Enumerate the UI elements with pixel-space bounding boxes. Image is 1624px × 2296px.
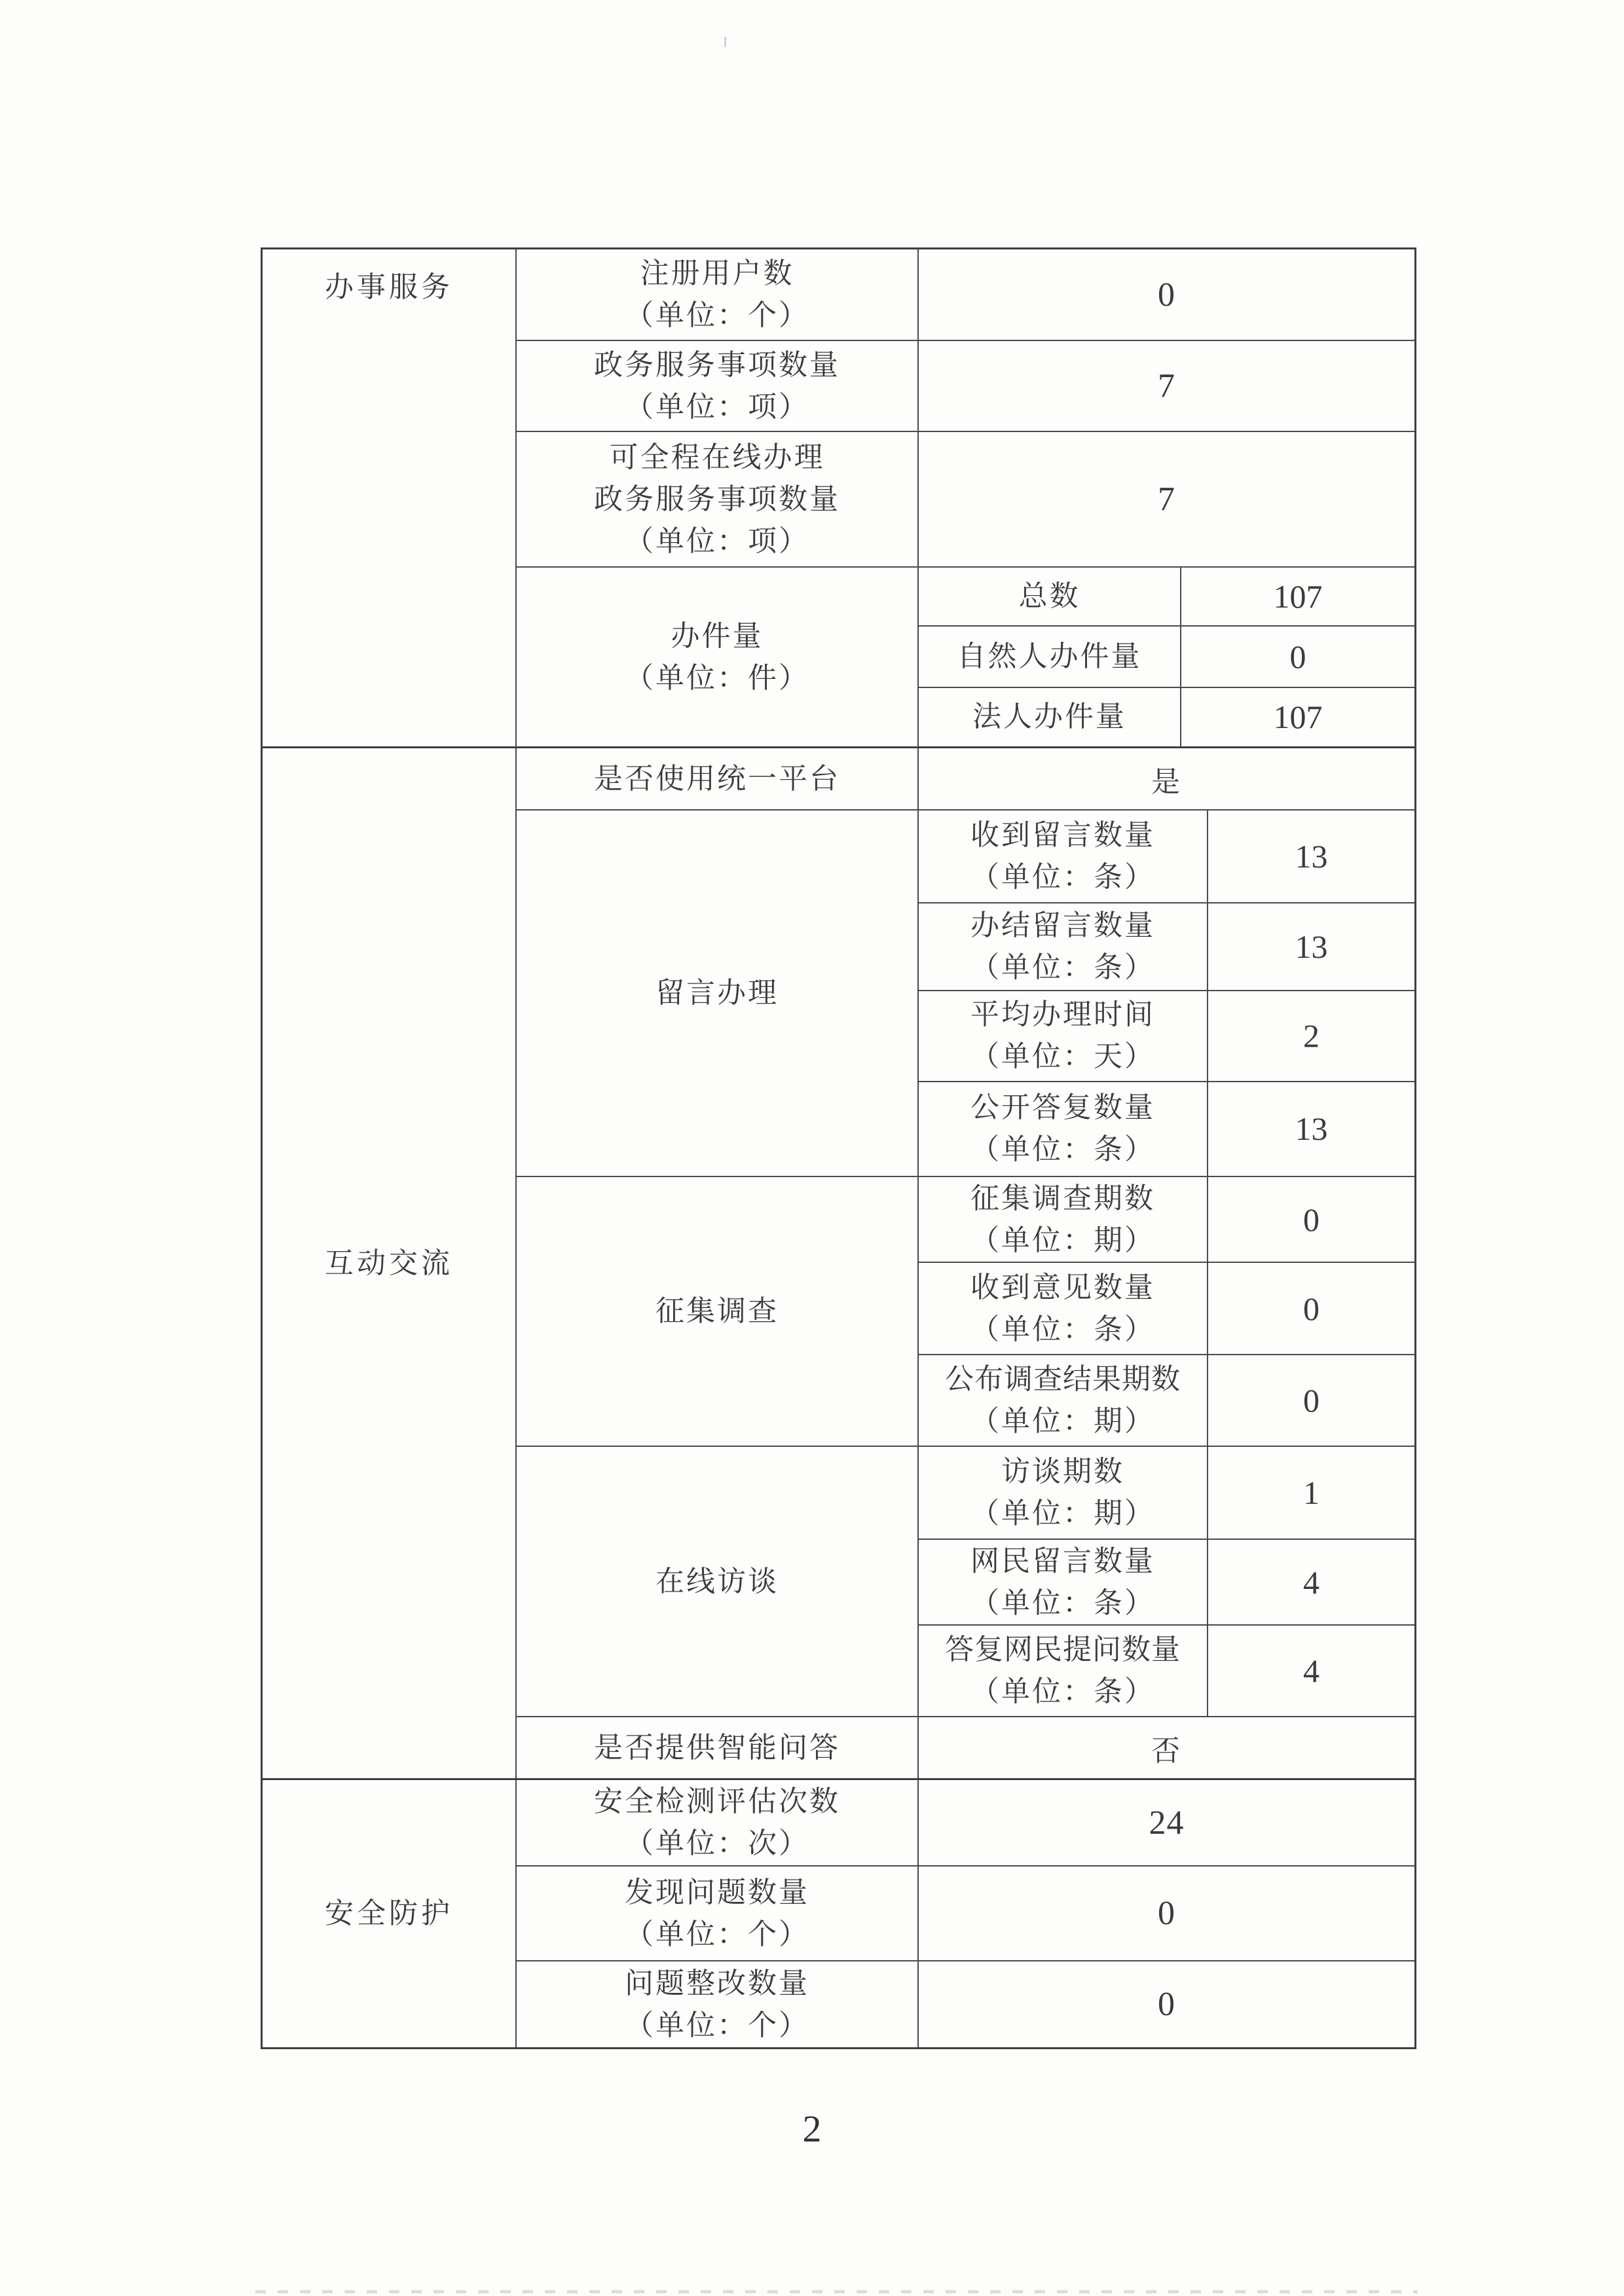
- metric-unit: （单位：项）: [625, 520, 809, 562]
- value-cell: 24: [919, 1780, 1414, 1865]
- sub-metric-name: 访谈期数: [1001, 1451, 1124, 1493]
- metric-label-cell: 注册用户数 （单位：个）: [517, 249, 919, 340]
- sub-metric-name: 公开答复数量: [970, 1087, 1155, 1129]
- value-cell: 4: [1208, 1626, 1414, 1716]
- sub-metric-name: 总数: [1019, 575, 1080, 617]
- sub-metric-name: 办结留言数量: [970, 905, 1155, 947]
- value-cell: 0: [1181, 627, 1414, 686]
- sub-row: 访谈期数 （单位：期） 1: [919, 1447, 1414, 1539]
- value-cell: 7: [919, 341, 1414, 431]
- table-row-group: 办件量 （单位：件） 总数 107 自然人办件量: [517, 566, 1414, 746]
- metric-unit: （单位：件）: [625, 657, 809, 699]
- sub-row: 公布调查结果期数 （单位：期） 0: [919, 1354, 1414, 1446]
- sub-label-cell: 答复网民提问数量 （单位：条）: [919, 1626, 1208, 1716]
- sub-row: 征集调查期数 （单位：期） 0: [919, 1177, 1414, 1262]
- sub-rows: 征集调查期数 （单位：期） 0 收到意见数量 （单位：条） 0: [919, 1177, 1414, 1446]
- table-row: 安全检测评估次数 （单位：次） 24: [517, 1780, 1414, 1865]
- sub-metric-unit: （单位：条）: [970, 1129, 1155, 1171]
- section-security: 安全防护 安全检测评估次数 （单位：次） 24 发现问题数量 （单位：个） 0: [263, 1778, 1414, 2047]
- table-row: 问题整改数量 （单位：个） 0: [517, 1960, 1414, 2047]
- metric-label-cell: 留言办理: [517, 811, 919, 1176]
- report-table: 办事服务 注册用户数 （单位：个） 0 政务服务事项数量 （单位：项） 7: [261, 247, 1416, 2049]
- value-cell: 0: [919, 249, 1414, 340]
- sub-metric-name: 法人办件量: [972, 696, 1126, 738]
- sub-metric-unit: （单位：条）: [970, 1309, 1155, 1351]
- sub-rows: 访谈期数 （单位：期） 1 网民留言数量 （单位：条） 4: [919, 1447, 1414, 1716]
- sub-metric-unit: （单位：条）: [970, 1671, 1155, 1713]
- sub-metric-name: 网民留言数量: [970, 1540, 1155, 1582]
- sub-row: 法人办件量 107: [919, 687, 1414, 746]
- value-cell: 13: [1208, 811, 1414, 902]
- sub-rows: 收到留言数量 （单位：条） 13 办结留言数量 （单位：条） 13: [919, 811, 1414, 1176]
- metric-label-cell: 征集调查: [517, 1177, 919, 1446]
- value-cell: 0: [1208, 1355, 1414, 1446]
- metric-name: 政务服务事项数量: [594, 344, 840, 386]
- value-cell: 1: [1208, 1447, 1414, 1539]
- sub-metric-unit: （单位：期）: [970, 1220, 1155, 1262]
- value-cell: 是: [919, 748, 1414, 809]
- metric-label-cell: 可全程在线办理 政务服务事项数量 （单位：项）: [517, 432, 919, 566]
- sub-row: 收到留言数量 （单位：条） 13: [919, 811, 1414, 902]
- value-cell: 7: [919, 432, 1414, 566]
- section-group-label: 安全防护: [325, 1893, 453, 1935]
- metric-name: 注册用户数: [640, 253, 794, 295]
- sub-rows: 总数 107 自然人办件量 0 法人办件量: [919, 568, 1414, 746]
- sub-label-cell: 访谈期数 （单位：期）: [919, 1447, 1208, 1539]
- sub-metric-unit: （单位：期）: [970, 1400, 1155, 1442]
- table-row: 是否提供智能问答 否: [517, 1716, 1414, 1778]
- metric-unit: （单位：次）: [625, 1823, 809, 1865]
- section-interaction: 互动交流 是否使用统一平台 是 留言办理 收到留: [263, 746, 1414, 1778]
- metric-label-cell: 发现问题数量 （单位：个）: [517, 1867, 919, 1960]
- metric-name: 安全检测评估次数: [594, 1781, 840, 1823]
- metric-label-cell: 在线访谈: [517, 1447, 919, 1716]
- metric-label-cell: 办件量 （单位：件）: [517, 568, 919, 746]
- sub-metric-unit: （单位：条）: [970, 947, 1155, 989]
- sub-metric-unit: （单位：期）: [970, 1493, 1155, 1535]
- metric-unit: （单位：个）: [625, 2005, 809, 2047]
- sub-row: 自然人办件量 0: [919, 625, 1414, 686]
- section-service: 办事服务 注册用户数 （单位：个） 0 政务服务事项数量 （单位：项） 7: [263, 249, 1414, 746]
- section-rows: 是否使用统一平台 是 留言办理 收到留言数量 （单位：条）: [517, 748, 1414, 1778]
- page-number: 2: [0, 2107, 1624, 2151]
- metric-label-cell: 安全检测评估次数 （单位：次）: [517, 1780, 919, 1865]
- sub-label-cell: 网民留言数量 （单位：条）: [919, 1540, 1208, 1624]
- sub-row: 办结留言数量 （单位：条） 13: [919, 902, 1414, 990]
- metric-unit: （单位：个）: [625, 295, 809, 337]
- metric-name: 政务服务事项数量: [594, 479, 840, 520]
- section-rows: 注册用户数 （单位：个） 0 政务服务事项数量 （单位：项） 7 可全程在线办理: [517, 249, 1414, 746]
- sub-label-cell: 公开答复数量 （单位：条）: [919, 1082, 1208, 1176]
- metric-name: 是否提供智能问答: [594, 1727, 840, 1769]
- value-cell: 107: [1181, 568, 1414, 625]
- value-cell: 107: [1181, 688, 1414, 746]
- sub-row: 平均办理时间 （单位：天） 2: [919, 990, 1414, 1081]
- metric-name: 发现问题数量: [625, 1872, 809, 1914]
- sub-metric-unit: （单位：条）: [970, 856, 1155, 898]
- value-cell: 13: [1208, 903, 1414, 990]
- sub-metric-name: 收到意见数量: [970, 1267, 1155, 1309]
- sub-metric-name: 答复网民提问数量: [945, 1629, 1181, 1671]
- table-row-group: 征集调查 征集调查期数 （单位：期） 0 收到意见数量: [517, 1176, 1414, 1446]
- sub-label-cell: 自然人办件量: [919, 627, 1181, 686]
- section-group-cell: 办事服务: [263, 249, 517, 746]
- table-row-group: 在线访谈 访谈期数 （单位：期） 1 网民留言数量: [517, 1446, 1414, 1716]
- metric-name: 是否使用统一平台: [594, 758, 840, 800]
- section-rows: 安全检测评估次数 （单位：次） 24 发现问题数量 （单位：个） 0 问题整改数…: [517, 1780, 1414, 2047]
- metric-name: 问题整改数量: [625, 1963, 809, 2005]
- table-row: 发现问题数量 （单位：个） 0: [517, 1865, 1414, 1960]
- sub-metric-name: 公布调查结果期数: [945, 1358, 1181, 1400]
- value-cell: 否: [919, 1717, 1414, 1778]
- metric-unit: （单位：项）: [625, 386, 809, 428]
- table-row-group: 留言办理 收到留言数量 （单位：条） 13 办结留言数量: [517, 809, 1414, 1176]
- section-group-label: 互动交流: [325, 1243, 453, 1285]
- value-cell: 0: [1208, 1263, 1414, 1353]
- value-cell: 0: [1208, 1177, 1414, 1262]
- sub-metric-unit: （单位：天）: [970, 1036, 1155, 1078]
- scan-artifact-speck: [724, 37, 726, 47]
- sub-metric-name: 平均办理时间: [970, 994, 1155, 1036]
- sub-row: 公开答复数量 （单位：条） 13: [919, 1081, 1414, 1176]
- value-cell: 4: [1208, 1540, 1414, 1624]
- sub-metric-unit: （单位：条）: [970, 1582, 1155, 1624]
- section-group-label: 办事服务: [325, 266, 453, 308]
- sub-row: 答复网民提问数量 （单位：条） 4: [919, 1624, 1414, 1716]
- sub-metric-name: 收到留言数量: [970, 814, 1155, 856]
- sub-row: 网民留言数量 （单位：条） 4: [919, 1539, 1414, 1624]
- table-row: 可全程在线办理 政务服务事项数量 （单位：项） 7: [517, 431, 1414, 566]
- document-page: 办事服务 注册用户数 （单位：个） 0 政务服务事项数量 （单位：项） 7: [0, 0, 1624, 2296]
- metric-label-cell: 是否提供智能问答: [517, 1717, 919, 1778]
- metric-unit: （单位：个）: [625, 1914, 809, 1956]
- metric-name: 可全程在线办理: [610, 437, 825, 479]
- sub-row: 总数 107: [919, 568, 1414, 625]
- value-cell: 2: [1208, 991, 1414, 1081]
- sub-label-cell: 法人办件量: [919, 688, 1181, 746]
- table-row: 注册用户数 （单位：个） 0: [517, 249, 1414, 340]
- sub-label-cell: 收到意见数量 （单位：条）: [919, 1263, 1208, 1353]
- table-row: 政务服务事项数量 （单位：项） 7: [517, 340, 1414, 431]
- value-cell: 0: [919, 1961, 1414, 2047]
- metric-label-cell: 政务服务事项数量 （单位：项）: [517, 341, 919, 431]
- metric-label-cell: 是否使用统一平台: [517, 748, 919, 809]
- sub-label-cell: 办结留言数量 （单位：条）: [919, 903, 1208, 990]
- sub-metric-name: 自然人办件量: [957, 636, 1142, 678]
- sub-label-cell: 总数: [919, 568, 1181, 625]
- metric-label-cell: 问题整改数量 （单位：个）: [517, 1961, 919, 2047]
- value-cell: 0: [919, 1867, 1414, 1960]
- sub-label-cell: 征集调查期数 （单位：期）: [919, 1177, 1208, 1262]
- table-row: 是否使用统一平台 是: [517, 748, 1414, 809]
- metric-name: 办件量: [671, 615, 764, 657]
- metric-name: 征集调查: [655, 1290, 779, 1332]
- scan-artifact-bottom-edge: [255, 2290, 1418, 2293]
- metric-name: 在线访谈: [655, 1561, 779, 1603]
- metric-name: 留言办理: [655, 972, 779, 1014]
- sub-metric-name: 征集调查期数: [970, 1178, 1155, 1220]
- section-group-cell: 互动交流: [263, 748, 517, 1778]
- section-group-cell: 安全防护: [263, 1780, 517, 2047]
- sub-label-cell: 公布调查结果期数 （单位：期）: [919, 1355, 1208, 1446]
- sub-row: 收到意见数量 （单位：条） 0: [919, 1262, 1414, 1353]
- sub-label-cell: 收到留言数量 （单位：条）: [919, 811, 1208, 902]
- value-cell: 13: [1208, 1082, 1414, 1176]
- sub-label-cell: 平均办理时间 （单位：天）: [919, 991, 1208, 1081]
